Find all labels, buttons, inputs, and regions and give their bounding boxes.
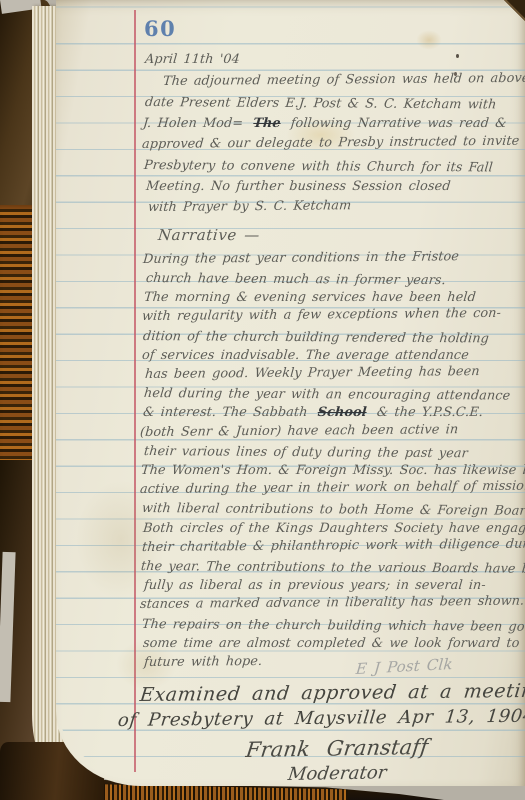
red-margin-line xyxy=(134,10,136,772)
narrative-line: church have been much as in former years… xyxy=(145,271,446,288)
narrative-line-post: & the Y.P.S.C.E. xyxy=(376,405,484,420)
presbytery-approval-line: of Presbytery at Maysville Apr 13, 1904 xyxy=(117,706,525,731)
narrative-line: dition of the church building rendered t… xyxy=(142,329,489,346)
entry-date: April 11th '04 xyxy=(144,52,240,67)
entry-line: Meeting. No further business Session clo… xyxy=(145,179,451,194)
entry-line: J. Holen Mod= The following Narrative wa… xyxy=(142,116,507,131)
narrative-line: future with hope. xyxy=(143,654,262,670)
entry-line: date Present Elders E.J. Post & S. C. Ke… xyxy=(144,95,497,112)
narrative-line: with liberal contributions to both Home … xyxy=(141,501,525,519)
entry-line: with Prayer by S. C. Ketcham xyxy=(147,198,351,215)
narrative-line: has been good. Weekly Prayer Meeting has… xyxy=(144,364,480,382)
narrative-line: Both circles of the Kings Daughters Soci… xyxy=(142,521,525,536)
book-corner-top-right xyxy=(479,0,525,30)
struck-word: The xyxy=(253,116,282,131)
entry-line: Presbytery to convene with this Church f… xyxy=(143,158,493,175)
narrative-line: some time are almost completed & we look… xyxy=(142,636,525,651)
entry-line-post: following Narrative was read & xyxy=(290,116,507,131)
moderator-signature: Frank Granstaff xyxy=(245,735,430,762)
narrative-line: The morning & evening services have been… xyxy=(143,290,476,305)
struck-word: School xyxy=(317,405,367,420)
entry-line-pre: J. Holen Mod= xyxy=(142,116,243,131)
page-number: 60 xyxy=(144,16,176,41)
narrative-line-pre: & interest. The Sabbath xyxy=(142,405,308,420)
narrative-line: held during the year with an encouraging… xyxy=(143,386,511,404)
narrative-line: During the past year conditions in the F… xyxy=(142,249,459,267)
narrative-line: of services inadvisable. The average att… xyxy=(141,348,469,363)
narrative-line: The Women's Hom. & Foreign Missy. Soc. h… xyxy=(140,463,525,478)
narrative-line: (both Senr & Junior) have each been acti… xyxy=(139,422,458,440)
narrative-line: their various lines of duty during the p… xyxy=(143,444,468,461)
moderator-title: Moderator xyxy=(287,762,388,785)
narrative-line: fully as liberal as in previous years; i… xyxy=(143,578,486,593)
narrative-line: the year. The contributions to the vario… xyxy=(140,559,525,577)
ledger-page: 60 April 11th '04 The adjourned meeting … xyxy=(56,0,525,786)
narrative-line: & interest. The Sabbath School & the Y.P… xyxy=(142,405,483,420)
narrative-heading: Narrative — xyxy=(157,226,260,244)
presbytery-approval-line: Examined and approved at a meeting xyxy=(139,680,525,706)
ledger-photo: 60 April 11th '04 The adjourned meeting … xyxy=(0,0,525,800)
ink-speck xyxy=(456,54,459,58)
narrative-line: with regularity with a few exceptions wh… xyxy=(141,306,501,324)
entry-line: The adjourned meeting of Session was hel… xyxy=(162,71,525,89)
